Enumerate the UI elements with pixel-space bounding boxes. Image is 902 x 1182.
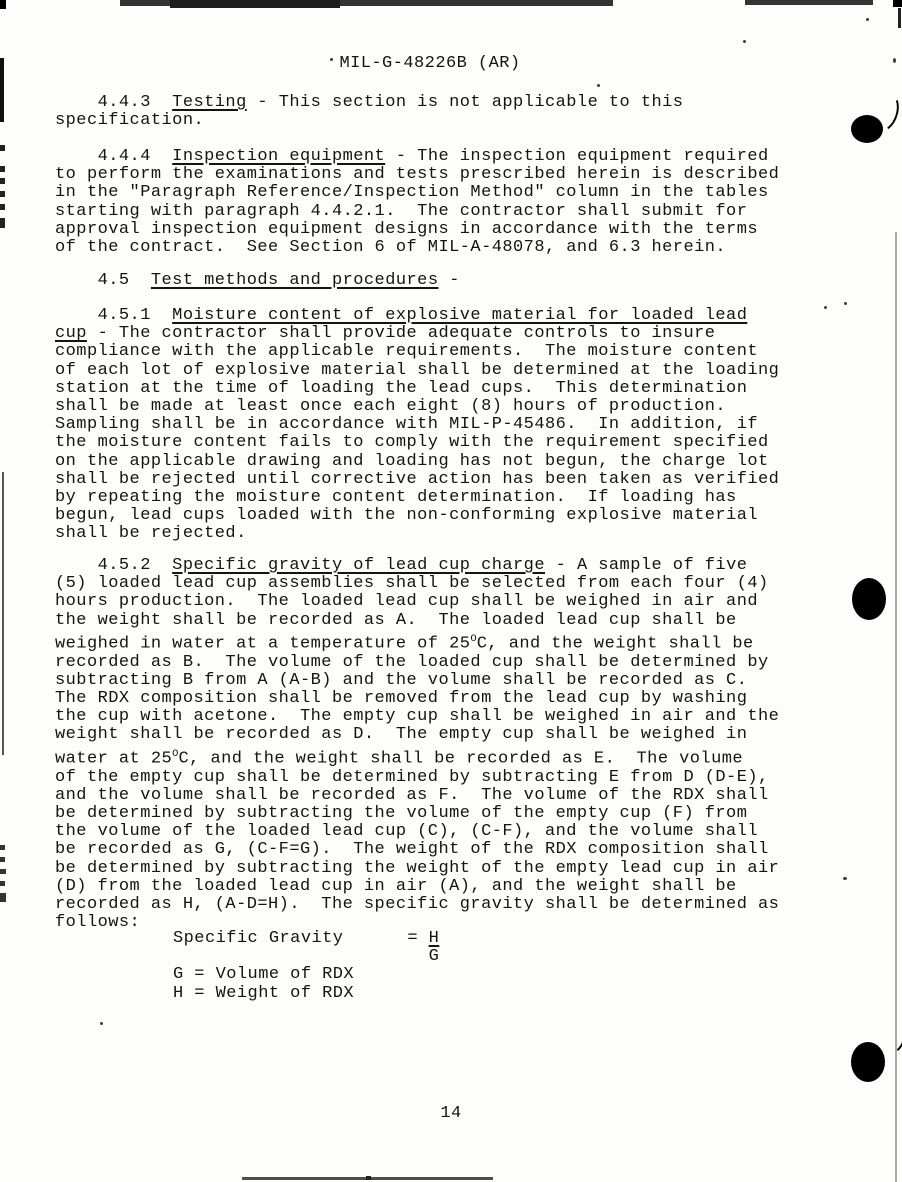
scan-speck	[844, 302, 847, 305]
paragraph-4-5-2: 4.5.2 Specific gravity of lead cup charg…	[55, 557, 779, 932]
paragraph-4-4-4: 4.4.4 Inspection equipment - The inspect…	[55, 148, 779, 257]
scan-edge-dash	[0, 178, 5, 184]
scan-edge-dash	[0, 218, 5, 228]
scan-speck	[824, 306, 827, 309]
specific-gravity-formula: Specific Gravity = H G G = Volume of RDX…	[173, 930, 439, 1003]
scan-edge-dash	[0, 191, 5, 197]
paragraph-4-4-3: 4.4.3 Testing - This section is not appl…	[55, 94, 683, 130]
hole-punch-dot	[852, 578, 886, 620]
scan-edge-dash	[0, 881, 5, 886]
scan-speck	[893, 58, 896, 63]
hole-punch-dot	[851, 1042, 885, 1082]
scan-edge-dash	[0, 204, 5, 210]
scan-edge-left-line	[0, 58, 4, 122]
scan-edge-dash	[0, 857, 5, 862]
scan-edge-dash	[0, 145, 5, 151]
document-header: MIL-G-48226B (AR)	[0, 54, 881, 73]
scan-speck	[100, 1022, 103, 1025]
footer-rule-junction	[366, 1176, 371, 1180]
scan-edge-dash	[0, 869, 6, 874]
scan-speck	[743, 40, 746, 43]
scan-edge-tick	[898, 8, 901, 28]
scan-edge-dash	[0, 845, 5, 850]
page-number: 14	[0, 1104, 902, 1123]
scan-edge-top-bar	[745, 0, 873, 5]
scan-speck	[843, 877, 847, 880]
scan-speck	[330, 58, 333, 61]
scan-corner-mark	[893, 0, 902, 7]
scan-corner-mark	[0, 0, 6, 9]
scan-edge-dash	[0, 166, 5, 172]
scan-speck	[866, 18, 869, 21]
paragraph-4-5-1: 4.5.1 Moisture content of explosive mate…	[55, 307, 779, 544]
scan-edge-left-line	[2, 472, 4, 755]
document-page: MIL-G-48226B (AR) 14 4.4.3 Testing - Thi…	[0, 0, 902, 1182]
paragraph-4-5: 4.5 Test methods and procedures -	[55, 272, 460, 290]
scan-speck	[597, 84, 600, 87]
scan-edge-top-bar-dark	[170, 0, 340, 8]
scan-edge-dash	[0, 893, 6, 902]
